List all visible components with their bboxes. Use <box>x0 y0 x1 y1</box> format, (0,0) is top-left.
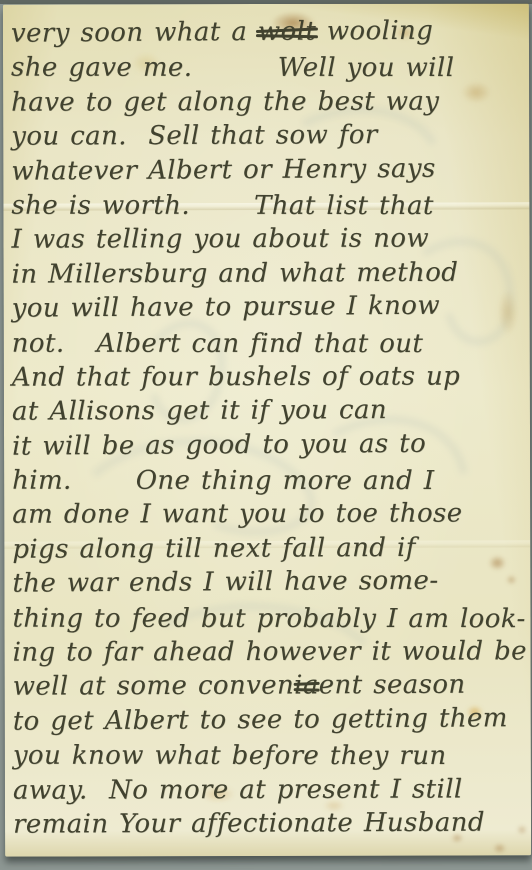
letter-text: very soon what a wolt woolingshe gave me… <box>11 15 527 850</box>
letter-text-segment: whatever Albert or Henry says <box>11 153 436 186</box>
letter-text-segment: well at some conven <box>13 671 295 702</box>
letter-text-segment: she gave me. Well you will <box>11 53 454 83</box>
letter-line: And that four bushels of oats up <box>12 359 526 395</box>
letter-line: whatever Albert or Henry says <box>11 151 525 189</box>
letter-line: the war ends I will have some- <box>12 563 526 601</box>
letter-line: him. One thing more and I <box>12 464 526 499</box>
letter-text-segment: to get Albert to see to getting them <box>13 703 508 736</box>
letter-text-segment: remain Your affectionate Husband <box>13 808 485 840</box>
letter-text-segment: him. One thing more and I <box>12 466 434 496</box>
letter-line: have to get along the best way <box>11 84 525 120</box>
letter-text-segment: ent season <box>319 670 466 701</box>
letter-line: it will be as good to you as to <box>12 426 526 464</box>
letter-text-segment: you can. Sell that sow for <box>11 120 378 152</box>
letter-text-segment: And that four bushels of oats up <box>12 361 460 392</box>
letter-text-segment: the war ends I will have some- <box>12 566 438 599</box>
letter-line: ing to far ahead however it would be <box>13 634 527 670</box>
letter-text-segment: you will have to pursue I know <box>12 291 440 324</box>
scanned-letter-background: very soon what a wolt woolingshe gave me… <box>0 0 532 870</box>
letter-line: pigs along till next fall and if <box>12 530 526 567</box>
letter-line: you know what before they run <box>13 739 527 774</box>
letter-text-segment: you know what before they run <box>13 741 447 771</box>
letter-line: away. No more at present I still <box>13 772 527 808</box>
letter-text-segment: very soon what a <box>11 17 258 49</box>
letter-text-segment: she is worth. That list that <box>11 191 433 221</box>
letter-line: not. Albert can find that out <box>12 326 526 361</box>
letter-text-segment: pigs along till next fall and if <box>12 533 416 565</box>
letter-text-segment: not. Albert can find that out <box>12 328 424 358</box>
letter-line: at Allisons get it if you can <box>12 393 526 430</box>
struck-out-text: wolt <box>258 15 317 50</box>
letter-text-segment: ing to far ahead however it would be <box>13 636 527 667</box>
letter-text-segment: away. No more at present I still <box>13 774 463 805</box>
letter-line: I was telling you about is now <box>11 222 525 258</box>
letter-line: she is worth. That list that <box>11 189 525 224</box>
letter-line: thing to feed but probably I am look- <box>12 601 526 636</box>
letter-line: in Millersburg and what method <box>12 255 526 292</box>
letter-line: very soon what a wolt wooling <box>11 13 525 51</box>
letter-line: she gave me. Well you will <box>11 51 525 86</box>
letter-text-segment: at Allisons get it if you can <box>12 395 387 427</box>
letter-line: well at some conveniaent season <box>13 668 527 705</box>
letter-line: to get Albert to see to getting them <box>13 701 527 739</box>
letter-line: you can. Sell that sow for <box>11 118 525 155</box>
letter-text-segment: it will be as good to you as to <box>12 428 426 461</box>
letter-text-segment: in Millersburg and what method <box>12 257 459 289</box>
letter-line: you will have to pursue I know <box>12 288 526 326</box>
letter-line: remain Your affectionate Husband <box>13 805 527 842</box>
letter-text-segment: wooling <box>316 16 433 47</box>
struck-out-text: ia <box>294 669 319 704</box>
letter-text-segment: have to get along the best way <box>11 86 439 117</box>
letter-page: very soon what a wolt woolingshe gave me… <box>3 3 531 856</box>
letter-text-segment: thing to feed but probably I am look- <box>12 603 525 633</box>
letter-text-segment: I was telling you about is now <box>11 224 429 255</box>
letter-text-segment: am done I want you to toe those <box>12 499 462 530</box>
letter-line: am done I want you to toe those <box>12 497 526 533</box>
